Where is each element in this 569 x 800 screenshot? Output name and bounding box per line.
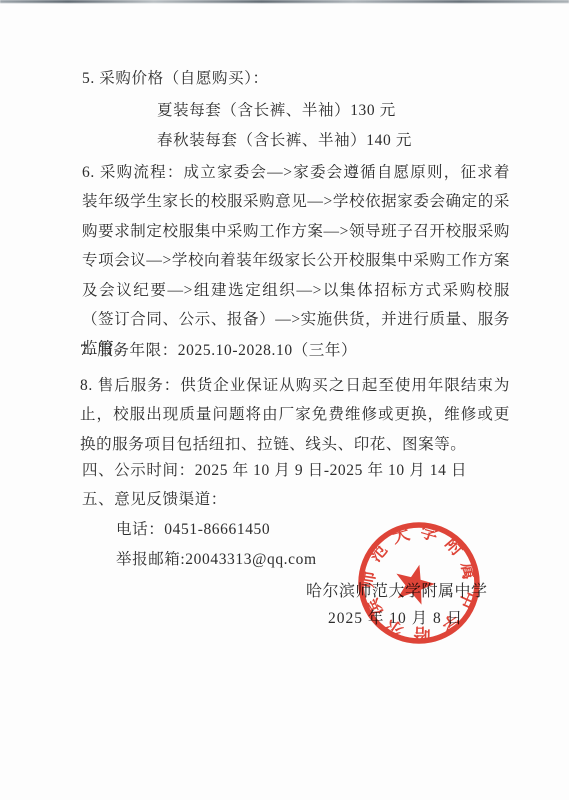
item-8-paragraph: 8. 售后服务：供货企业保证从购买之日起至使用年限结束为止，校服出现质量问题将由… (80, 371, 510, 459)
section-5-line: 五、意见反馈渠道： (82, 487, 227, 509)
item-5-heading: 5. 采购价格（自愿购买）： (82, 66, 269, 88)
report-email-line: 举报邮箱:20043313@qq.com (116, 547, 317, 569)
item-7-line: 7. 服务年限：2025.10-2028.10（三年） (80, 338, 357, 360)
official-seal: 哈尔滨师范大学附属中学 (350, 513, 490, 653)
price-line-summer: 夏装每套（含长裤、半袖）130 元 (157, 98, 396, 120)
price-line-spring-autumn: 春秋装每套（含长裤、半袖）140 元 (157, 128, 412, 150)
seal-star-icon (396, 565, 435, 605)
section-4-line: 四、公示时间：2025 年 10 月 9 日-2025 年 10 月 14 日 (82, 458, 467, 480)
item-6-paragraph: 6. 采购流程：成立家委会—>家委会遵循自愿原则，征求着装年级学生家长的校服采购… (82, 158, 510, 364)
scan-edge-artifact (0, 0, 569, 3)
document-page: 5. 采购价格（自愿购买）： 夏装每套（含长裤、半袖）130 元 春秋装每套（含… (0, 0, 569, 800)
contact-phone-line: 电话：0451-86661450 (116, 517, 270, 539)
